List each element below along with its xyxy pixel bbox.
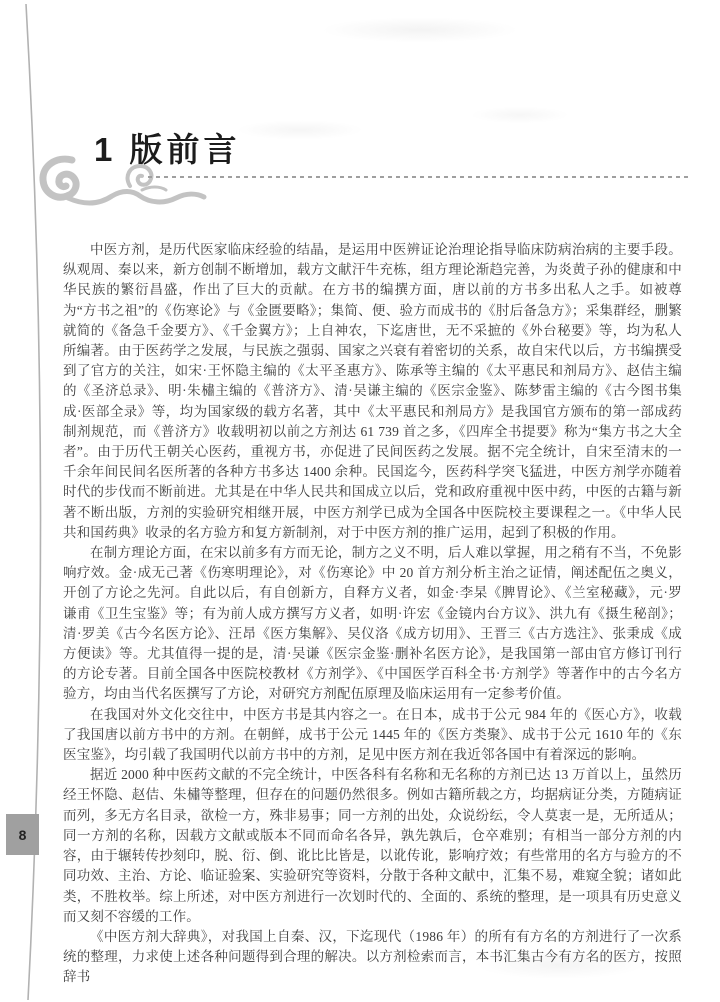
paragraph-3: 在我国对外文化交往中，中医方书是其内容之一。在日本，成书于公元 984 年的《医… <box>63 705 682 766</box>
scanned-book-page: { "doc": { "title": "1 版前言", "page_numbe… <box>0 0 720 1002</box>
page-number-tab: 8 <box>6 814 39 855</box>
paragraph-2: 在制方理论方面，在宋以前多有方而无论，制方之义不明，后人难以掌握，用之稍有不当，… <box>63 543 682 705</box>
paragraph-1: 中医方剂，是历代医家临床经验的结晶，是运用中医辨证论治理论指导临床防病治病的主要… <box>63 240 682 543</box>
cloud-ornament-icon <box>38 146 213 218</box>
preface-body: 中医方剂，是历代医家临床经验的结晶，是运用中医辨证论治理论指导临床防病治病的主要… <box>63 240 682 988</box>
dotted-divider <box>148 176 692 178</box>
paragraph-5: 《中医方剂大辞典》，对我国上自秦、汉，下迄现代（1986 年）的所有有方名的方剂… <box>63 927 682 988</box>
paragraph-4: 据近 2000 种中医药文献的不完全统计，中医各科有名称和无名称的方剂已达 13… <box>63 765 682 927</box>
